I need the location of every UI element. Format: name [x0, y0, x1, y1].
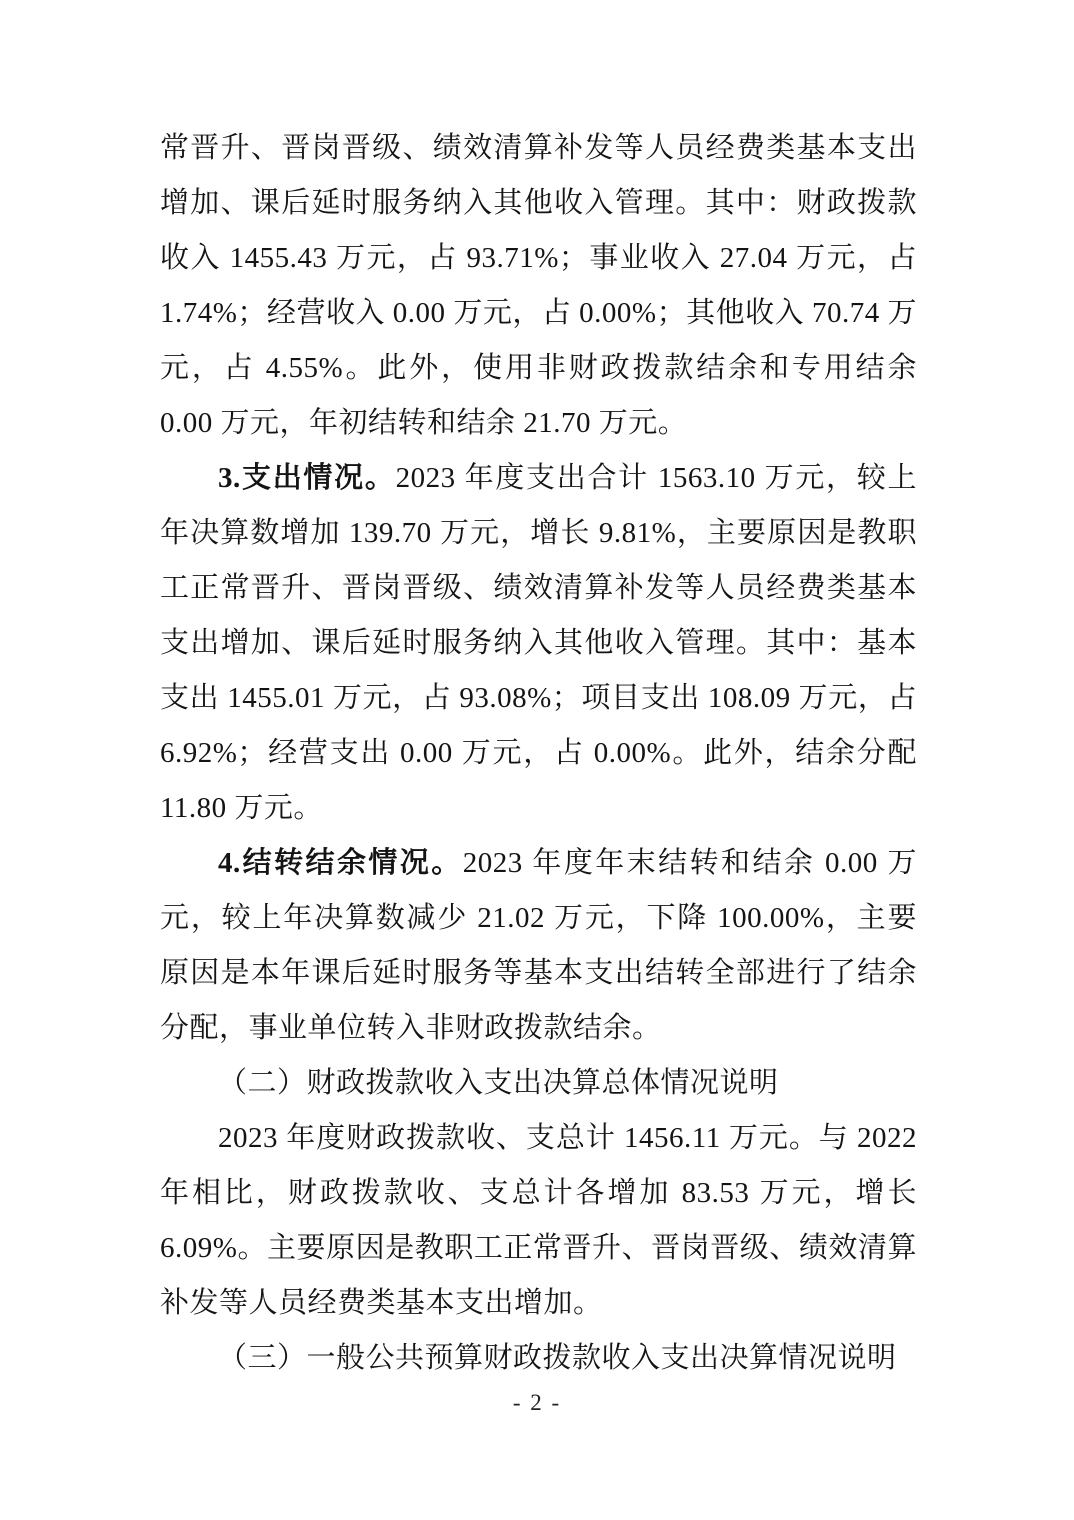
- paragraph-expenditure-situation: 3.支出情况。2023 年度支出合计 1563.10 万元，较上年决算数增加 1…: [160, 451, 917, 836]
- paragraph-lead-label: 4.结转结余情况。: [218, 847, 463, 879]
- page-number: - 2 -: [513, 1390, 561, 1415]
- page-footer: - 2 -: [0, 1388, 1074, 1418]
- paragraph-text: 常晋升、晋岗晋级、绩效清算补发等人员经费类基本支出增加、课后延时服务纳入其他收入…: [160, 132, 917, 439]
- heading-section-2-fiscal-appropriation-overview: （二）财政拨款收入支出决算总体情况说明: [160, 1056, 917, 1111]
- paragraph-income-detail-continuation: 常晋升、晋岗晋级、绩效清算补发等人员经费类基本支出增加、课后延时服务纳入其他收入…: [160, 121, 917, 451]
- document-page: 常晋升、晋岗晋级、绩效清算补发等人员经费类基本支出增加、课后延时服务纳入其他收入…: [0, 0, 1074, 1520]
- heading-section-3-general-public-budget: （三）一般公共预算财政拨款收入支出决算情况说明: [160, 1331, 917, 1386]
- paragraph-fiscal-appropriation-total: 2023 年度财政拨款收、支总计 1456.11 万元。与 2022 年相比，财…: [160, 1111, 917, 1331]
- paragraph-lead-label: 3.支出情况。: [218, 462, 396, 494]
- document-body: 常晋升、晋岗晋级、绩效清算补发等人员经费类基本支出增加、课后延时服务纳入其他收入…: [160, 121, 917, 1386]
- paragraph-carryover-surplus: 4.结转结余情况。2023 年度年末结转和结余 0.00 万元，较上年决算数减少…: [160, 836, 917, 1056]
- paragraph-text: 2023 年度财政拨款收、支总计 1456.11 万元。与 2022 年相比，财…: [160, 1122, 917, 1319]
- paragraph-text: 2023 年度支出合计 1563.10 万元，较上年决算数增加 139.70 万…: [160, 462, 917, 824]
